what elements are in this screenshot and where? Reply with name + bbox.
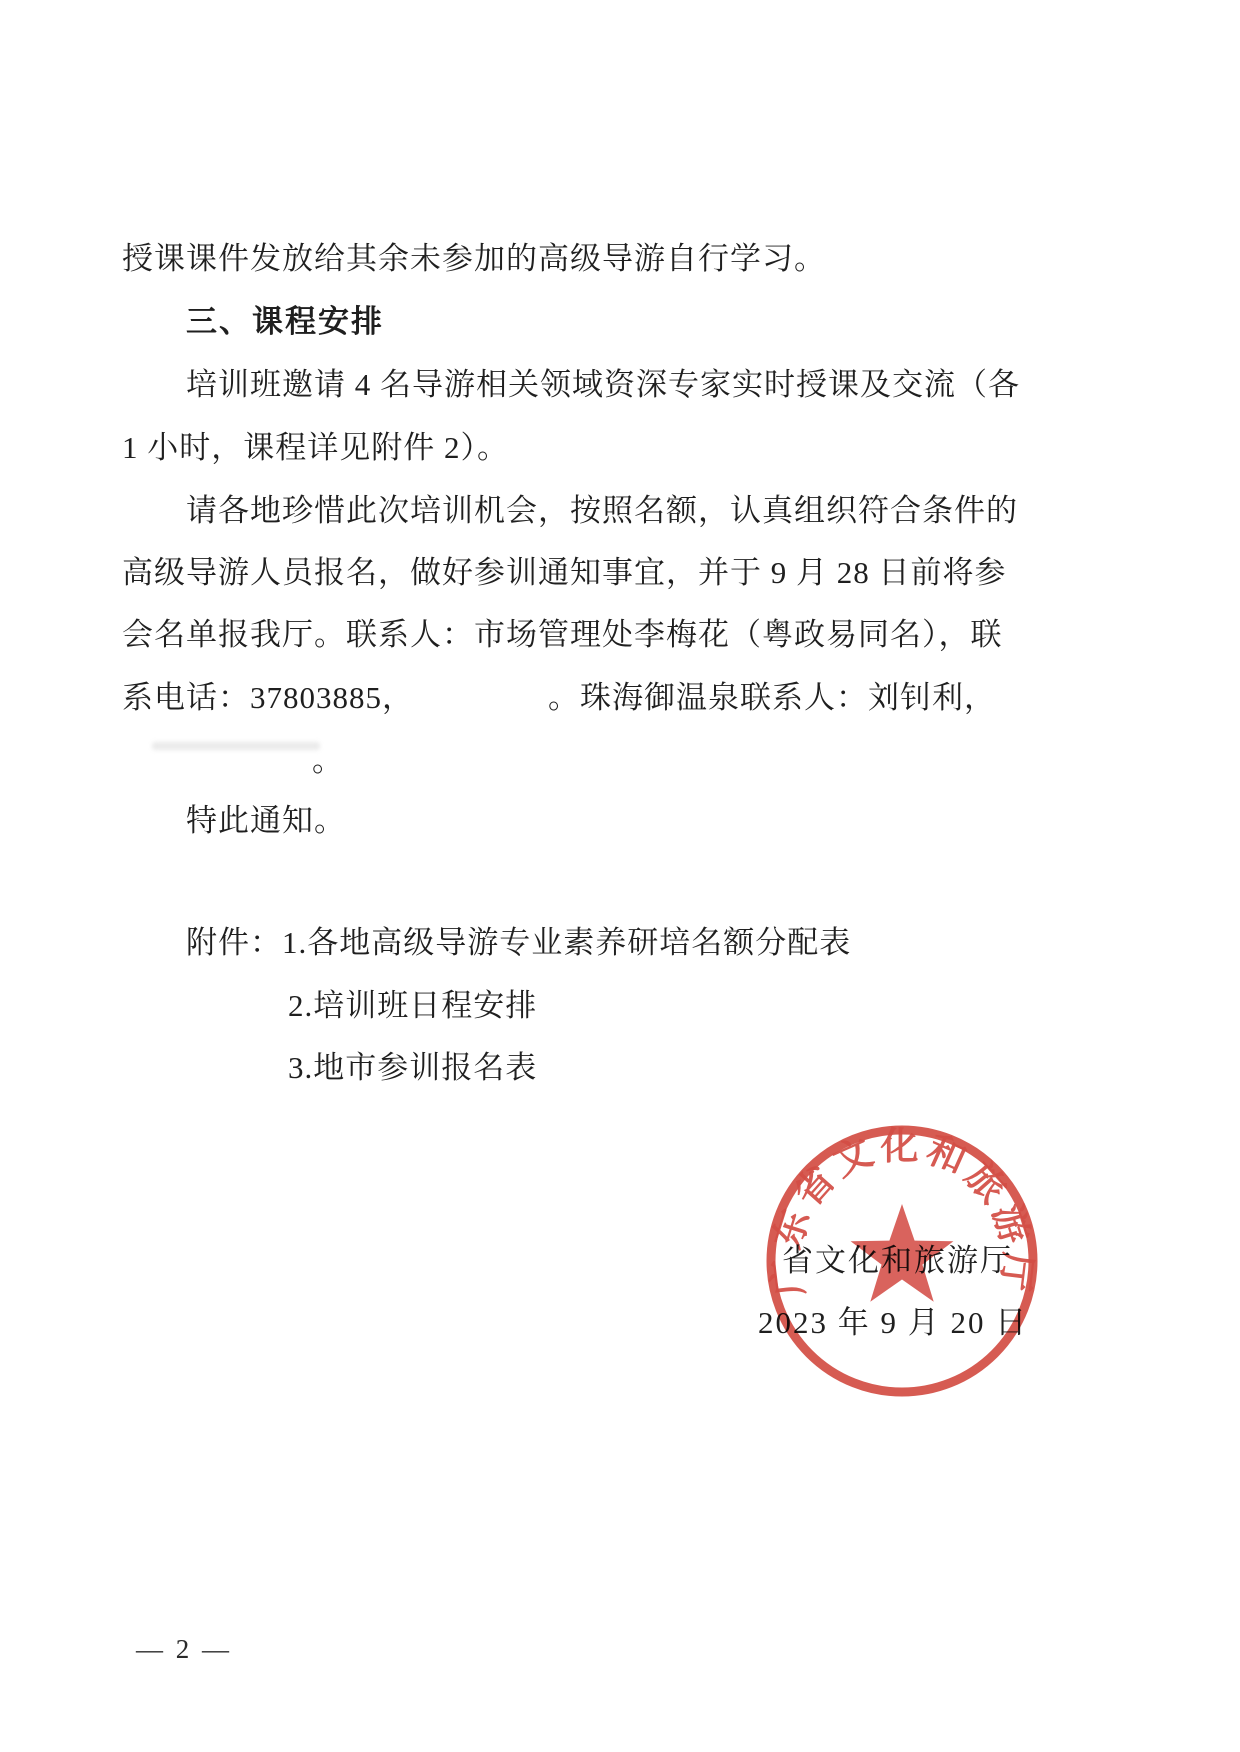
attachment-item-3: 3.地市参训报名表	[288, 1047, 537, 1089]
signup-paragraph-line-3: 会名单报我厅。联系人：市场管理处李梅花（粤政易同名），联	[122, 614, 1003, 656]
signup-paragraph-line-5-punctuation: 。	[312, 740, 344, 782]
signature-date: 2023 年 9 月 20 日	[758, 1302, 1028, 1344]
course-paragraph-line-1: 培训班邀请 4 名导游相关领域资深专家实时授课及交流（各	[186, 364, 1020, 406]
redaction-smudge	[152, 742, 320, 750]
document-page: 授课课件发放给其余未参加的高级导游自行学习。 三、课程安排 培训班邀请 4 名导…	[0, 0, 1240, 1752]
page-number: — 2 —	[136, 1628, 232, 1670]
course-paragraph-line-2: 1 小时，课程详见附件 2）。	[122, 427, 509, 469]
signup-paragraph-line-2: 高级导游人员报名，做好参训通知事宜，并于 9 月 28 日前将参	[122, 552, 1007, 594]
attachment-line-1: 附件：1.各地高级导游专业素养研培名额分配表	[186, 922, 851, 964]
attachments-label: 附件：	[186, 925, 282, 960]
signature-agency: 省文化和旅游厅	[782, 1240, 1013, 1282]
paragraph-continuation-line: 授课课件发放给其余未参加的高级导游自行学习。	[122, 238, 826, 280]
attachment-item-2: 2.培训班日程安排	[288, 985, 537, 1027]
signup-paragraph-line-4-right: 。珠海御温泉联系人：刘钊利，	[548, 677, 996, 719]
attachment-item-1: 1.各地高级导游专业素养研培名额分配表	[282, 925, 851, 960]
signup-paragraph-line-4-left: 系电话：37803885，	[122, 677, 414, 719]
section-heading: 三、课程安排	[186, 301, 384, 343]
signup-paragraph-line-1: 请各地珍惜此次培训机会，按照名额，认真组织符合条件的	[186, 490, 1018, 532]
notice-line: 特此通知。	[186, 800, 346, 842]
